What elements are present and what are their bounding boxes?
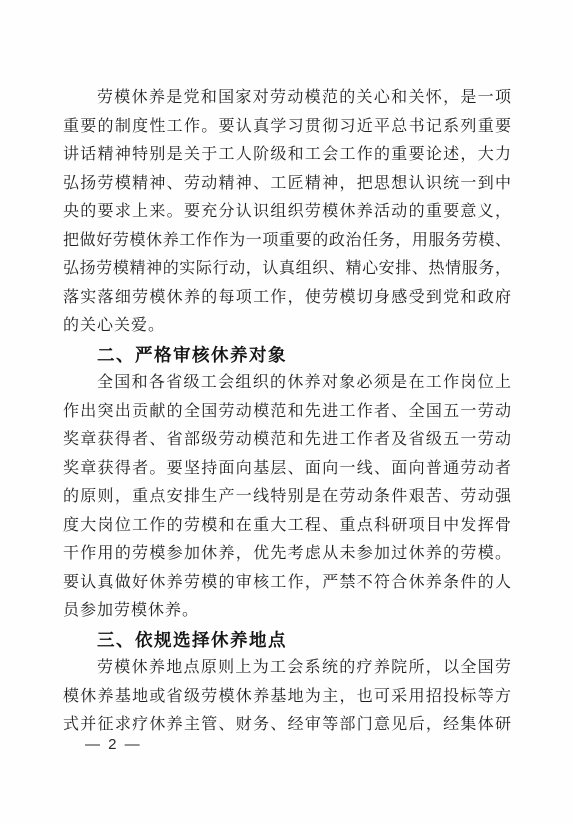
text-line: 劳模休养地点原则上为工会系统的疗养院所，以全国劳 [63,654,511,683]
text-line: 讲话精神特别是关于工人阶级和工会工作的重要论述，大力 [63,141,511,170]
text-line: 模休养基地或省级劳模休养基地为主，也可采用招投标等方 [63,683,511,712]
text-line: 弘扬劳模精神的实际行动，认真组织、精心安排、热情服务， [63,255,511,284]
text-line: 奖章获得者、省部级劳动模范和先进工作者及省级五一劳动 [63,426,511,455]
text-line: 干作用的劳模参加休养，优先考虑从未参加过休养的劳模。 [63,540,511,569]
text-line: 作出突出贡献的全国劳动模范和先进工作者、全国五一劳动 [63,398,511,427]
text-line: 全国和各省级工会组织的休养对象必须是在工作岗位上 [63,369,511,398]
text-line: 的原则，重点安排生产一线特别是在劳动条件艰苦、劳动强 [63,483,511,512]
text-line: 弘扬劳模精神、劳动精神、工匠精神，把思想认识统一到中 [63,170,511,199]
text-line: 把做好劳模休养工作作为一项重要的政治任务，用服务劳模、 [63,227,511,256]
document-page: 劳模休养是党和国家对劳动模范的关心和关怀，是一项重要的制度性工作。要认真学习贯彻… [0,0,573,825]
text-line: 重要的制度性工作。要认真学习贯彻习近平总书记系列重要 [63,113,511,142]
text-line: 央的要求上来。要充分认识组织劳模休养活动的重要意义， [63,198,511,227]
text-line: 度大岗位工作的劳模和在重大工程、重点科研项目中发挥骨 [63,512,511,541]
text-line: 劳模休养是党和国家对劳动模范的关心和关怀，是一项 [63,84,511,113]
text-line: 员参加劳模休养。 [63,597,511,626]
text-line: 落实落细劳模休养的每项工作，使劳模切身感受到党和政府 [63,284,511,313]
text-line: 的关心关爱。 [63,312,511,341]
section-heading: 二、严格审核休养对象 [63,341,511,370]
text-line: 奖章获得者。要坚持面向基层、面向一线、面向普通劳动者 [63,455,511,484]
document-text-block: 劳模休养是党和国家对劳动模范的关心和关怀，是一项重要的制度性工作。要认真学习贯彻… [63,84,511,740]
text-line: 要认真做好休养劳模的审核工作，严禁不符合休养条件的人 [63,569,511,598]
page-number: — 2 — [85,735,142,755]
section-heading: 三、依规选择休养地点 [63,626,511,655]
